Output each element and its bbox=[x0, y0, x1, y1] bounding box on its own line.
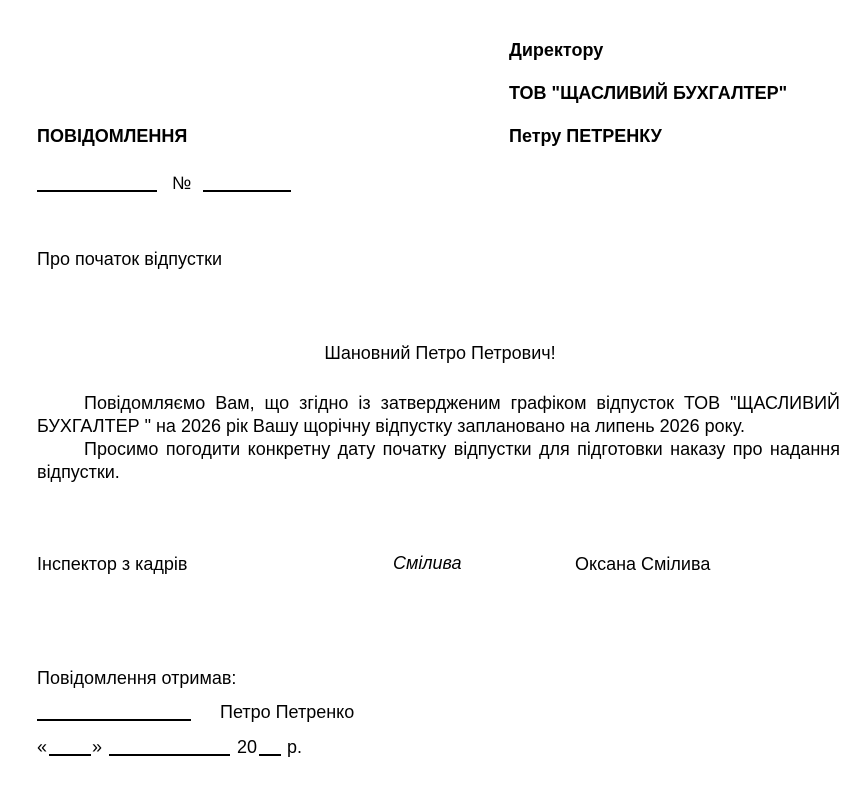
year-blank-line bbox=[259, 754, 281, 756]
body-paragraph: Повідомляємо Вам, що згідно із затвердже… bbox=[37, 392, 840, 438]
recipient-name: Петро Петренко bbox=[220, 701, 354, 723]
letter-body: Повідомляємо Вам, що згідно із затвердже… bbox=[37, 392, 840, 484]
date-open-quote: « bbox=[37, 736, 47, 758]
date-close-quote: » bbox=[92, 736, 102, 758]
year-prefix: 20 bbox=[237, 736, 257, 758]
salutation: Шановний Петро Петрович! bbox=[0, 342, 868, 364]
signer-position: Інспектор з кадрів bbox=[37, 553, 187, 575]
addressee-name: Петру ПЕТРЕНКУ bbox=[509, 125, 662, 147]
signature: Смілива bbox=[393, 552, 462, 574]
recipient-signature-line bbox=[37, 719, 191, 721]
signer-name: Оксана Смілива bbox=[575, 553, 710, 575]
month-blank-line bbox=[109, 754, 230, 756]
document-title: ПОВІДОМЛЕННЯ bbox=[37, 125, 187, 147]
receipt-label: Повідомлення отримав: bbox=[37, 667, 236, 689]
date-blank-line bbox=[37, 190, 157, 192]
addressee-position: Директору bbox=[509, 39, 603, 61]
number-blank-line bbox=[203, 190, 291, 192]
document-subject: Про початок відпустки bbox=[37, 248, 222, 270]
day-blank-line bbox=[49, 754, 91, 756]
body-paragraph: Просимо погодити конкретну дату початку … bbox=[37, 438, 840, 484]
addressee-company: ТОВ "ЩАСЛИВИЙ БУХГАЛТЕР" bbox=[509, 82, 787, 104]
number-sign: № bbox=[172, 172, 191, 194]
year-suffix: р. bbox=[287, 736, 302, 758]
